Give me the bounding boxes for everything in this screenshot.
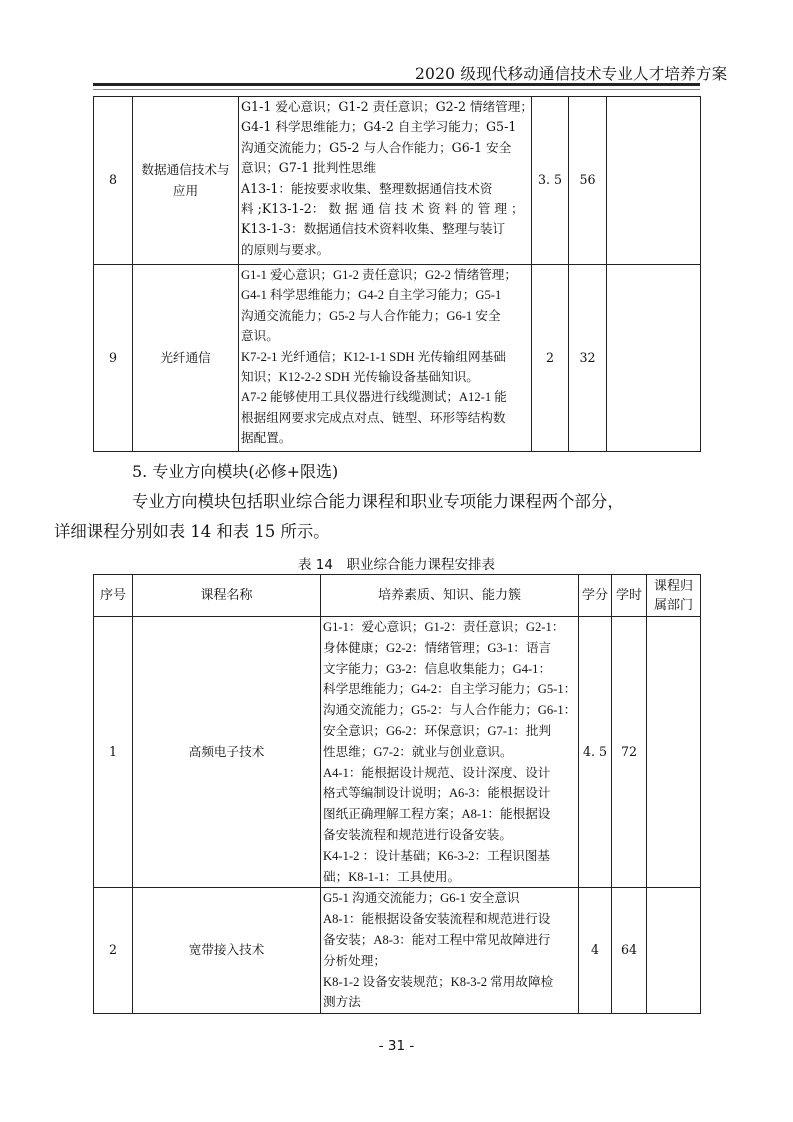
table-header-row: 序号 课程名称 培养素质、知识、能力簇 学分 学时 课程归 属部门: [94, 575, 701, 617]
competency-cluster: G5-1 沟通交流能力；G6-1 安全意识 A8-1：能根据设备安装流程和规范进…: [321, 888, 579, 1014]
document-running-title: 2020 级现代移动通信技术专业人才培养方案: [415, 62, 727, 84]
course-name: 宽带接入技术: [133, 888, 321, 1014]
competency-cluster: G1-1：爱心意识；G1-2：责任意识；G2-1： 身体健康；G2-2：情绪管理…: [321, 617, 579, 888]
row-index: 2: [94, 888, 133, 1014]
header-divider-thick: [93, 83, 700, 86]
course-name: 数据通信技术与 应用: [133, 97, 239, 265]
page-number: - 31 -: [0, 1038, 793, 1054]
row-index: 9: [94, 265, 133, 452]
course-name: 光纤通信: [133, 265, 239, 452]
competency-cluster: G1-1 爱心意识；G1-2 责任意识；G2-2 情绪管理； G4-1 科学思维…: [239, 265, 532, 452]
row-index: 8: [94, 97, 133, 265]
hours: 32: [569, 265, 607, 452]
column-header-department: 课程归 属部门: [647, 575, 701, 617]
table-row: 1 高频电子技术 G1-1：爱心意识；G1-2：责任意识；G2-1： 身体健康；…: [94, 617, 701, 888]
credits: 3. 5: [532, 97, 569, 265]
department: [607, 265, 701, 452]
table-row: 8 数据通信技术与 应用 G1-1 爱心意识；G1-2 责任意识；G2-2 情绪…: [94, 97, 701, 265]
department: [607, 97, 701, 265]
course-name: 高频电子技术: [133, 617, 321, 888]
table-caption: 表 14 职业综合能力课程安排表: [0, 553, 793, 573]
column-header-credits: 学分: [579, 575, 612, 617]
competency-cluster: G1-1 爱心意识；G1-2 责任意识；G2-2 情绪管理； G4-1 科学思维…: [239, 97, 532, 265]
hours: 56: [569, 97, 607, 265]
table-row: 9 光纤通信 G1-1 爱心意识；G1-2 责任意识；G2-2 情绪管理； G4…: [94, 265, 701, 452]
header-divider-thin: [93, 89, 700, 90]
credits: 2: [532, 265, 569, 452]
section-paragraph: 专业方向模块包括职业综合能力课程和职业专项能力课程两个部分， 详细课程分别如表 …: [93, 487, 703, 547]
department: [647, 888, 701, 1014]
credits: 4: [579, 888, 612, 1014]
continued-course-table: 8 数据通信技术与 应用 G1-1 爱心意识；G1-2 责任意识；G2-2 情绪…: [93, 96, 701, 452]
hours: 72: [612, 617, 647, 888]
column-header-hours: 学时: [612, 575, 647, 617]
column-header-competency: 培养素质、知识、能力簇: [321, 575, 579, 617]
row-index: 1: [94, 617, 133, 888]
section-heading: 5. 专业方向模块(必修+限选): [132, 459, 338, 482]
column-header-course-name: 课程名称: [133, 575, 321, 617]
hours: 64: [612, 888, 647, 1014]
table-row: 2 宽带接入技术 G5-1 沟通交流能力；G6-1 安全意识 A8-1：能根据设…: [94, 888, 701, 1014]
credits: 4. 5: [579, 617, 612, 888]
vocational-course-table: 序号 课程名称 培养素质、知识、能力簇 学分 学时 课程归 属部门 1 高频电子…: [93, 574, 701, 1014]
department: [647, 617, 701, 888]
column-header-index: 序号: [94, 575, 133, 617]
